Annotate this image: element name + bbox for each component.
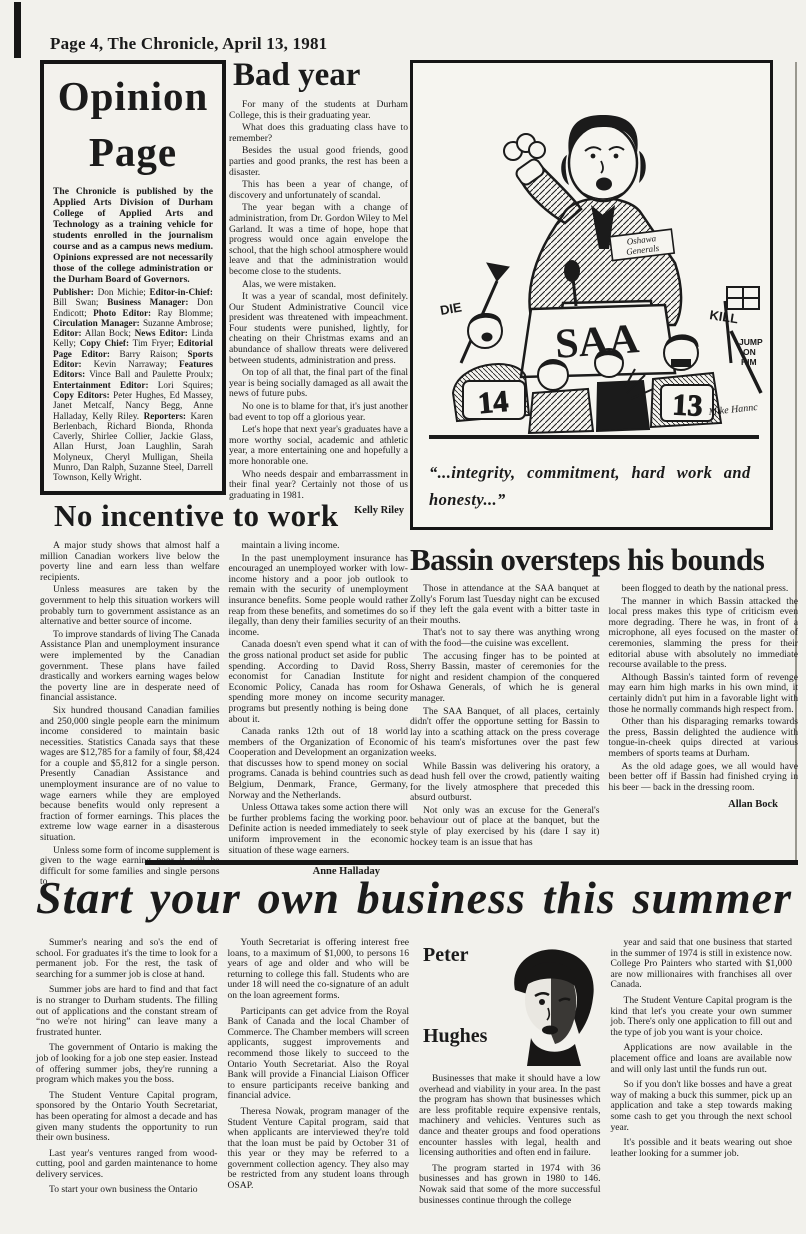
staff-names: Lori Squires; bbox=[149, 380, 213, 390]
editorial-cartoon-box: Oshawa Generals SAA 14 bbox=[410, 60, 773, 530]
staff-role: Circulation Manager: bbox=[53, 318, 140, 328]
article-paragraph: Unless Ottawa takes some action there wi… bbox=[229, 803, 409, 856]
staff-role: Publisher: bbox=[53, 287, 94, 297]
article-paragraph: Participants can get advice from the Roy… bbox=[228, 1007, 410, 1102]
article-paragraph: The government of Ontario is making the … bbox=[36, 1043, 218, 1085]
svg-text:HIM: HIM bbox=[741, 357, 757, 367]
article-paragraph: maintain a living income. bbox=[229, 541, 409, 552]
summer-col3: Businesses that make it should have a lo… bbox=[419, 1074, 601, 1206]
page-header: Page 4, The Chronicle, April 13, 1981 bbox=[50, 34, 327, 54]
staff-names: Ray Blomme; bbox=[151, 308, 213, 318]
article-no-incentive: No incentive to work A major study shows… bbox=[40, 500, 408, 890]
article-paragraph: Businesses that make it should have a lo… bbox=[419, 1074, 601, 1159]
bassin-col1: Those in attendance at the SAA banquet a… bbox=[410, 584, 600, 850]
article-paragraph: Although Bassin's tainted form of reveng… bbox=[609, 673, 799, 715]
staff-names: Karen Berlenbach, Richard Bionda, Rhonda… bbox=[53, 411, 213, 483]
staff-role: Business Manager: bbox=[107, 297, 188, 307]
byline-first-name: Peter bbox=[423, 944, 487, 967]
staff-names: Allan Bock; bbox=[82, 328, 135, 338]
masthead-text: The Chronicle is published by the Applie… bbox=[53, 186, 213, 285]
peter-hughes-photo bbox=[501, 938, 601, 1066]
article-paragraph: Last year's ventures ranged from wood-cu… bbox=[36, 1149, 218, 1181]
staff-names: Barry Raison; bbox=[110, 349, 188, 359]
svg-text:ON: ON bbox=[743, 347, 756, 357]
article-paragraph: The Student Venture Capital program is t… bbox=[611, 996, 793, 1038]
article-paragraph: The SAA Banquet, of all places, certainl… bbox=[410, 707, 600, 760]
article-paragraph: The program started in 1974 with 36 busi… bbox=[419, 1164, 601, 1206]
staff-names: Kevin Narraway; bbox=[82, 359, 179, 369]
article-bassin: Bassin oversteps his bounds Those in att… bbox=[410, 543, 798, 850]
article-paragraph: Canada doesn't even spend what it can of… bbox=[229, 640, 409, 725]
article-paragraph: For many of the students at Durham Colle… bbox=[229, 100, 408, 121]
scan-edge-mark bbox=[14, 2, 21, 58]
cartoon-caption: “...integrity, commitment, hard work and… bbox=[413, 451, 770, 513]
article-paragraph: The manner in which Bassin attacked the … bbox=[609, 597, 799, 671]
staff-names: Suzanne Ambrose; bbox=[140, 318, 213, 328]
svg-text:JUMP: JUMP bbox=[739, 337, 763, 347]
article-paragraph: Theresa Nowak, program manager of the St… bbox=[228, 1107, 410, 1192]
cartoon-word-kill: KILL bbox=[709, 307, 740, 326]
article-bad-year: Bad year For many of the students at Dur… bbox=[229, 58, 408, 516]
editorial-cartoon: Oshawa Generals SAA 14 bbox=[413, 63, 770, 451]
bassin-col2: been flogged to death by the national pr… bbox=[609, 584, 799, 793]
staff-role: Reporters: bbox=[144, 411, 186, 421]
svg-text:13: 13 bbox=[672, 388, 704, 423]
no-incentive-title: No incentive to work bbox=[54, 500, 408, 532]
article-paragraph: In the past unemployment insurance has e… bbox=[229, 554, 409, 639]
article-paragraph: The year began with a change of administ… bbox=[229, 203, 408, 277]
cartoon-word-die: DIE bbox=[439, 299, 463, 318]
staff-names: Vince Ball and Paulette Proulx; bbox=[85, 369, 213, 379]
article-paragraph: Who needs despair and embarrassment in t… bbox=[229, 470, 408, 502]
article-paragraph: Those in attendance at the SAA banquet a… bbox=[410, 584, 600, 626]
staff-role: Photo Editor: bbox=[93, 308, 151, 318]
svg-text:14: 14 bbox=[477, 385, 510, 420]
staff-role: Editor-in-Chief: bbox=[150, 287, 213, 297]
article-paragraph: Six hundred thousand Canadian families a… bbox=[40, 706, 220, 844]
article-paragraph: It was a year of scandal, most definitel… bbox=[229, 292, 408, 366]
article-paragraph: This has been a year of change, of disco… bbox=[229, 180, 408, 201]
article-summer-business: Start your own business this summer Summ… bbox=[36, 872, 792, 1211]
staff-role: Copy Chief: bbox=[80, 338, 129, 348]
article-paragraph: No one is to blame for that, it's just a… bbox=[229, 402, 408, 423]
article-paragraph: The Student Venture Capital program, spo… bbox=[36, 1091, 218, 1144]
byline-last-name: Hughes bbox=[423, 1025, 487, 1048]
opinion-page-box: Opinion Page The Chronicle is published … bbox=[40, 60, 226, 495]
staff-list: Publisher: Don Michie; Editor-in-Chief: … bbox=[53, 287, 213, 483]
staff-names: Bill Swan; bbox=[53, 297, 107, 307]
summer-col4: year and said that one business that sta… bbox=[611, 938, 793, 1211]
article-paragraph: To improve standards of living The Canad… bbox=[40, 630, 220, 704]
cartoon-speaker-head bbox=[561, 115, 646, 201]
article-paragraph: As the old adage goes, we all would have… bbox=[609, 762, 799, 794]
staff-role: News Editor: bbox=[135, 328, 188, 338]
article-paragraph: What does this graduating class have to … bbox=[229, 123, 408, 144]
article-paragraph: On top of all that, the final part of th… bbox=[229, 368, 408, 400]
summer-col2: Youth Secretariat is offering interest f… bbox=[228, 938, 410, 1211]
staff-role: Entertainment Editor: bbox=[53, 380, 149, 390]
cartoon-crowd-left: 14 bbox=[453, 263, 529, 421]
summer-title: Start your own business this summer bbox=[36, 872, 792, 924]
no-incentive-col1: A major study shows that almost half a m… bbox=[40, 541, 220, 890]
newspaper-page: Page 4, The Chronicle, April 13, 1981 Op… bbox=[0, 0, 806, 1234]
opinion-title-line2: Page bbox=[44, 124, 222, 180]
article-paragraph: Besides the usual good friends, good par… bbox=[229, 146, 408, 178]
article-paragraph: It's possible and it beats wearing out s… bbox=[611, 1138, 793, 1159]
article-paragraph: been flogged to death by the national pr… bbox=[609, 584, 799, 595]
article-paragraph: That's not to say there was anything wro… bbox=[410, 628, 600, 649]
article-paragraph: Summer's nearing and so's the end of sch… bbox=[36, 938, 218, 980]
article-paragraph: Alas, we were mistaken. bbox=[229, 280, 408, 291]
article-paragraph: While Bassin was delivering his oratory,… bbox=[410, 762, 600, 804]
staff-names: Tim Fryer; bbox=[129, 338, 178, 348]
no-incentive-col2: maintain a living income.In the past une… bbox=[229, 541, 409, 856]
opinion-title-line1: Opinion bbox=[44, 68, 222, 124]
cartoon-word-jump-on-him: JUMP ON HIM bbox=[739, 337, 763, 367]
article-paragraph: So if you don't like bosses and have a g… bbox=[611, 1080, 793, 1133]
staff-role: Editor: bbox=[53, 328, 82, 338]
bad-year-body: For many of the students at Durham Colle… bbox=[229, 100, 408, 501]
article-paragraph: Youth Secretariat is offering interest f… bbox=[228, 938, 410, 1002]
article-paragraph: A major study shows that almost half a m… bbox=[40, 541, 220, 583]
article-paragraph: Summer jobs are hard to find and that fa… bbox=[36, 985, 218, 1038]
summer-col1: Summer's nearing and so's the end of sch… bbox=[36, 938, 218, 1211]
article-paragraph: Not only was an excuse for the General's… bbox=[410, 806, 600, 848]
summer-byline-block: Peter Hughes bbox=[419, 938, 601, 1066]
article-paragraph: Other than his disparaging remarks towar… bbox=[609, 717, 799, 759]
article-paragraph: year and said that one business that sta… bbox=[611, 938, 793, 991]
bassin-byline: Allan Bock bbox=[609, 799, 799, 810]
article-paragraph: Canada ranks 12th out of 18 world member… bbox=[229, 727, 409, 801]
staff-names: Don Michie; bbox=[94, 287, 150, 297]
bad-year-title: Bad year bbox=[233, 58, 408, 92]
section-divider-rule bbox=[145, 860, 798, 865]
cartoon-table-line bbox=[429, 435, 759, 439]
staff-role: Copy Editors: bbox=[53, 390, 110, 400]
article-paragraph: The accusing finger has to be pointed at… bbox=[410, 652, 600, 705]
article-paragraph: Let's hope that next year's graduates ha… bbox=[229, 425, 408, 467]
article-paragraph: To start your own business the Ontario bbox=[36, 1185, 218, 1196]
article-paragraph: Applications are now available in the pl… bbox=[611, 1043, 793, 1075]
bassin-title: Bassin oversteps his bounds bbox=[410, 543, 798, 576]
article-paragraph: Unless measures are taken by the governm… bbox=[40, 585, 220, 627]
